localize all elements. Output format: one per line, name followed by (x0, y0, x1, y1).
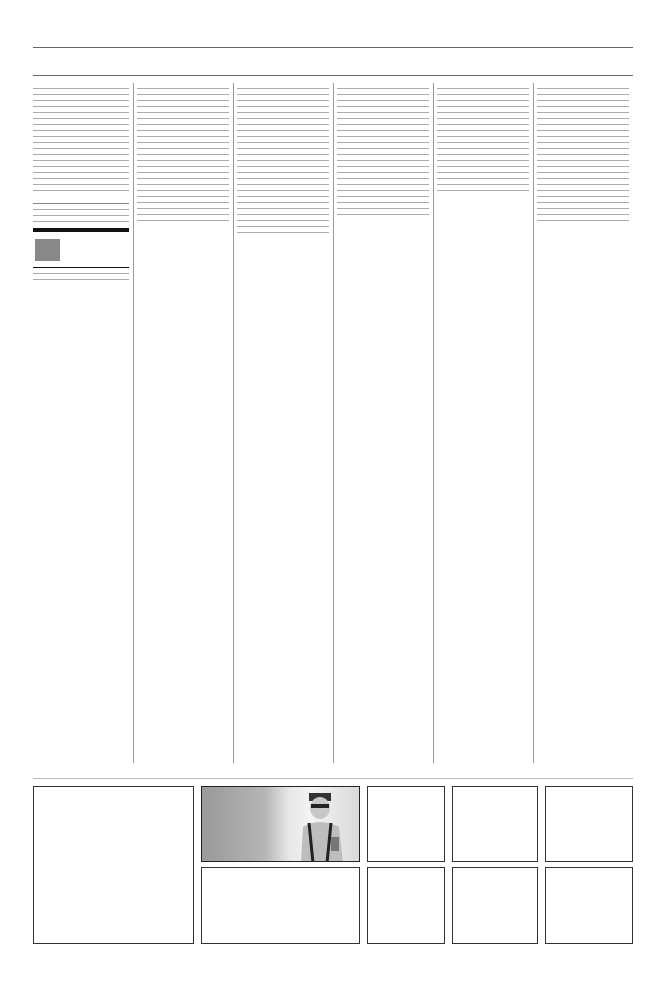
classified-ad (537, 215, 629, 221)
ad-oficiales (452, 786, 538, 862)
ad-apartamentos (33, 786, 194, 944)
display-ads (33, 778, 633, 978)
column-5 (433, 83, 529, 763)
column-1 (33, 83, 129, 763)
ad-residencia (201, 867, 360, 944)
ad-piso-amueblado (367, 786, 445, 862)
ad-chicos (201, 786, 360, 862)
category-number (35, 239, 60, 261)
ad-piso-laguna (367, 867, 445, 944)
classified-ad (237, 227, 329, 233)
classified-ad (337, 209, 429, 215)
masthead (33, 47, 633, 76)
ad-resu (545, 867, 633, 944)
classified-ad (33, 274, 129, 280)
man-photo-icon (297, 793, 345, 862)
category-heading (33, 228, 129, 268)
column-3 (233, 83, 329, 763)
ad-comercial (545, 786, 633, 862)
classified-ad (33, 216, 129, 222)
classified-ad (437, 185, 529, 191)
column-6 (533, 83, 629, 763)
column-4 (333, 83, 429, 763)
column-2 (133, 83, 229, 763)
ad-autoconsa (452, 867, 538, 944)
region-heading (33, 191, 129, 204)
classified-columns (33, 83, 633, 763)
classified-ad (137, 215, 229, 221)
